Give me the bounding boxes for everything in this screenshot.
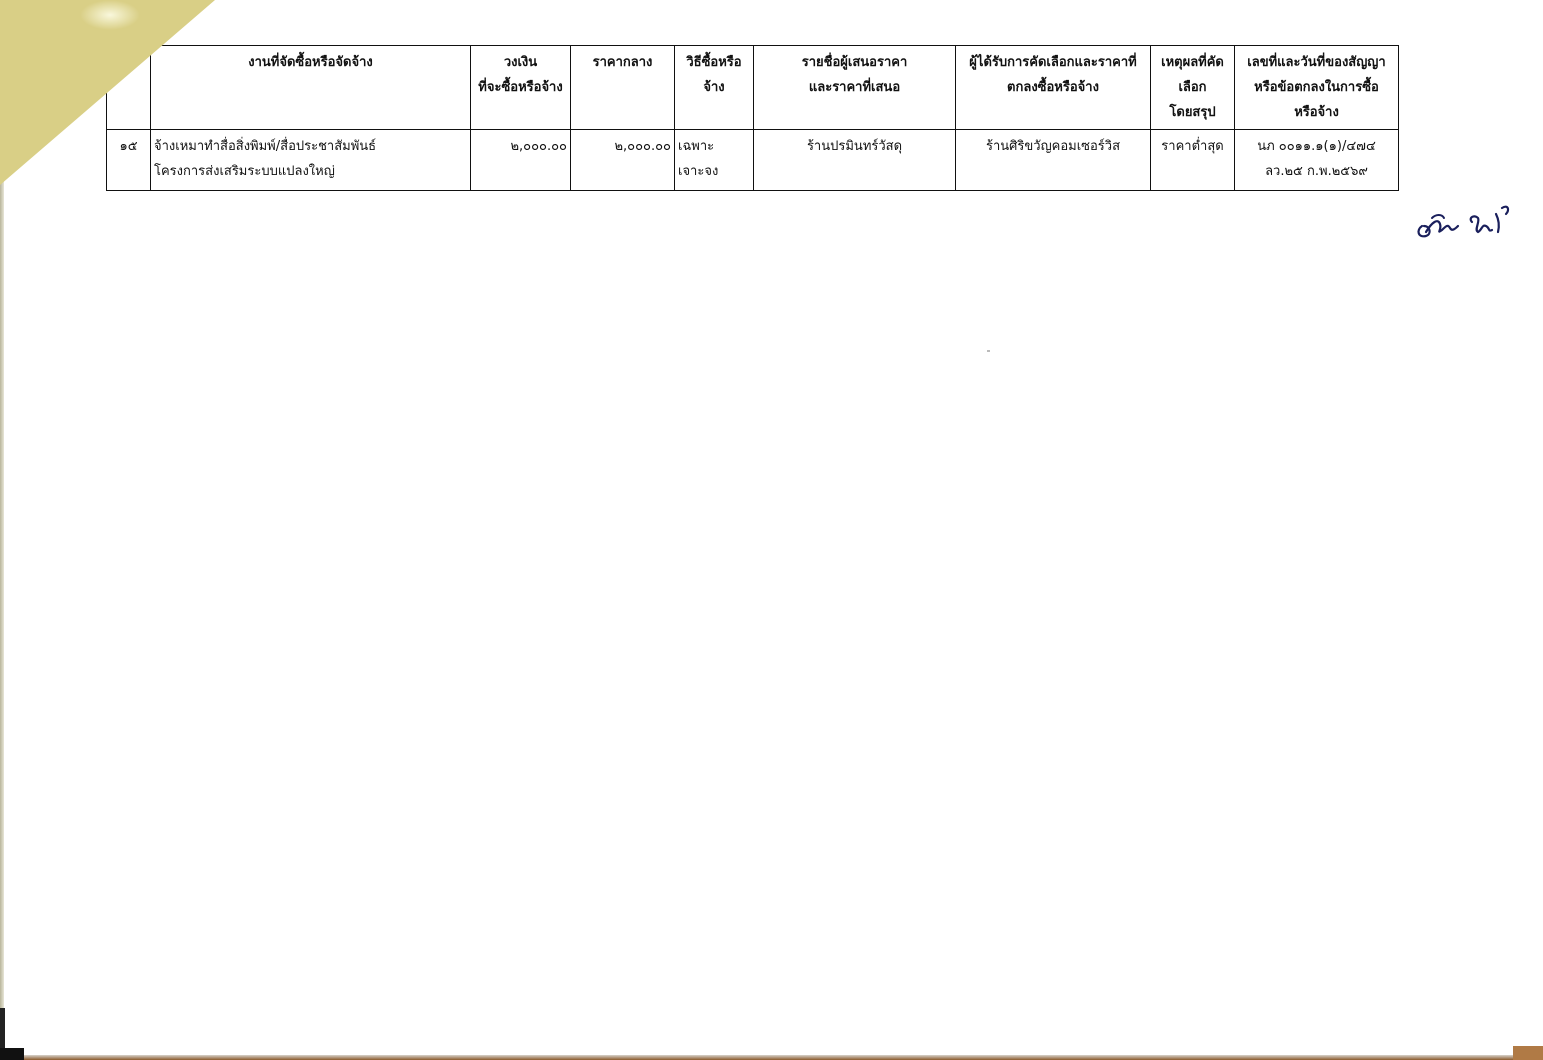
cell-contract: นภ ๐๐๑๑.๑(๑)/๔๗๔ ลว.๒๕ ก.พ.๒๕๖๙ [1235, 130, 1399, 191]
scan-speck [987, 350, 990, 352]
header-bidders: รายชื่อผู้เสนอราคา และราคาที่เสนอ [754, 46, 956, 130]
cell-method: เฉพาะเจาะจง [675, 130, 754, 191]
cell-winner: ร้านศิริขวัญคอมเซอร์วิส [956, 130, 1151, 191]
header-reason-line2: โดยสรุป [1154, 100, 1231, 125]
header-reason-line1: เหตุผลที่คัดเลือก [1154, 50, 1231, 100]
cell-reason: ราคาต่ำสุด [1151, 130, 1235, 191]
table-row: ๑๕ จ้างเหมาทำสื่อสิ่งพิมพ์/สื่อประชาสัมพ… [107, 130, 1399, 191]
header-budget-line1: วงเงิน [474, 50, 567, 75]
header-contract-line1: เลขที่และวันที่ของสัญญา [1238, 50, 1395, 75]
scanned-document-page: ับที่ งานที่จัดซื้อหรือจัดจ้าง วงเงิน ที… [0, 0, 1543, 1060]
header-task-text: งานที่จัดซื้อหรือจัดจ้าง [248, 55, 372, 70]
header-winner-line1: ผู้ได้รับการคัดเลือกและราคาที่ [959, 50, 1147, 75]
header-reason: เหตุผลที่คัดเลือก โดยสรุป [1151, 46, 1235, 130]
handwritten-signature [1412, 196, 1522, 246]
header-bidders-line2: และราคาที่เสนอ [757, 75, 952, 100]
header-median-price-text: ราคากลาง [593, 55, 653, 70]
page-bottom-edge [24, 1055, 1543, 1060]
header-budget-line2: ที่จะซื้อหรือจ้าง [474, 75, 567, 100]
header-winner: ผู้ได้รับการคัดเลือกและราคาที่ ตกลงซื้อห… [956, 46, 1151, 130]
page-left-edge [0, 180, 4, 1060]
page-bottom-left-corner [0, 1048, 24, 1060]
cell-budget: ๒,๐๐๐.๐๐ [471, 130, 571, 191]
cell-median-price: ๒,๐๐๐.๐๐ [571, 130, 675, 191]
page-bottom-left-shadow [0, 1008, 5, 1048]
header-bidders-line1: รายชื่อผู้เสนอราคา [757, 50, 952, 75]
procurement-table: ับที่ งานที่จัดซื้อหรือจัดจ้าง วงเงิน ที… [106, 45, 1399, 191]
page-bottom-right-corner [1513, 1046, 1543, 1060]
cell-contract-line2: ลว.๒๕ ก.พ.๒๕๖๙ [1238, 159, 1395, 184]
cell-contract-line1: นภ ๐๐๑๑.๑(๑)/๔๗๔ [1238, 134, 1395, 159]
cell-bidders: ร้านปรมินทร์วัสดุ [754, 130, 956, 191]
header-method: วิธีซื้อหรือจ้าง [675, 46, 754, 130]
header-winner-line2: ตกลงซื้อหรือจ้าง [959, 75, 1147, 100]
header-contract-line2: หรือข้อตกลงในการซื้อ [1238, 75, 1395, 100]
header-budget: วงเงิน ที่จะซื้อหรือจ้าง [471, 46, 571, 130]
fold-glare [80, 0, 140, 30]
table-header-row: ับที่ งานที่จัดซื้อหรือจัดจ้าง วงเงิน ที… [107, 46, 1399, 130]
header-median-price: ราคากลาง [571, 46, 675, 130]
header-contract-line3: หรือจ้าง [1238, 100, 1395, 125]
header-contract: เลขที่และวันที่ของสัญญา หรือข้อตกลงในการ… [1235, 46, 1399, 130]
header-method-text: วิธีซื้อหรือจ้าง [686, 55, 741, 95]
